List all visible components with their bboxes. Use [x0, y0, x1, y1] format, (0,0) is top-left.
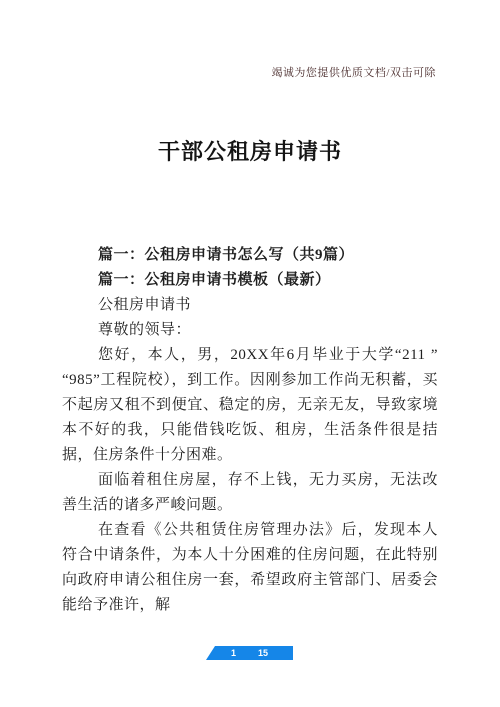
document-page: 竭诚为您提供优质文档/双击可除 干部公租房申请书 篇一：公租房申请书怎么写（共9…	[0, 0, 500, 707]
paragraph-body-2: 面临着租住房屋，存不上钱，无力买房，无法改善生活的诸多严峻问题。	[62, 468, 438, 518]
paragraph-heading-1: 篇一：公租房申请书怎么写（共9篇）	[62, 243, 438, 268]
paragraph-heading-2: 篇一：公租房申请书模板（最新）	[62, 268, 438, 293]
paragraph-subtitle: 公租房申请书	[62, 293, 438, 318]
header-note: 竭诚为您提供优质文档/双击可除	[62, 66, 436, 80]
paragraph-body-1: 您好，本人，男，20XX年6月毕业于大学“211 ” “985”工程院校），到工…	[62, 343, 438, 468]
document-title: 干部公租房申请书	[0, 136, 500, 168]
paragraph-body-3: 在查看《公共租赁住房管理办法》后，发现本人符合中请条件，为本人十分困难的住房问题…	[62, 518, 438, 618]
page-indicator-badge[interactable]: 1 15	[206, 646, 293, 660]
document-body: 篇一：公租房申请书怎么写（共9篇） 篇一：公租房申请书模板（最新） 公租房申请书…	[62, 243, 438, 618]
paragraph-salutation: 尊敬的领导：	[62, 318, 438, 343]
total-pages-number: 15	[258, 648, 268, 658]
current-page-number: 1	[231, 648, 236, 658]
